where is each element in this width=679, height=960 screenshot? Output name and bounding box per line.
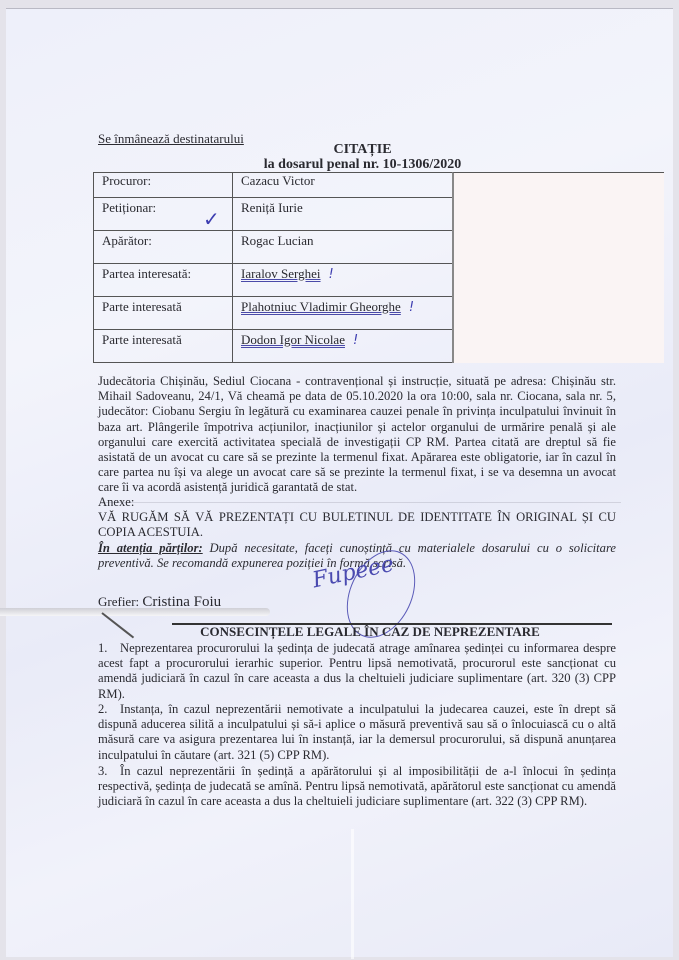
checkmark-icon: ✓ (203, 207, 220, 231)
consequence-item: 2.Instanța, în cazul neprezentării nemot… (98, 702, 616, 763)
table-row: Parte interesată Plahotniuc Vladimir Ghe… (94, 297, 453, 330)
id-request: VĂ RUGĂM SĂ VĂ PREZENTAȚI CU BULETINUL D… (98, 510, 616, 540)
document-title: CITAȚIE (23, 142, 679, 158)
case-number: la dosarul penal nr. 10-1306/2020 (23, 157, 679, 173)
party-role: Apărător: (94, 231, 233, 264)
party-role: Parte interesată (94, 330, 233, 363)
table-row: Apărător: Rogac Lucian (94, 231, 453, 264)
party-name: Iaralov Serghei! (233, 264, 453, 297)
party-role: Procuror: (94, 173, 233, 198)
party-name: Plahotniuc Vladimir Gheorghe! (233, 297, 453, 330)
party-name: Dodon Igor Nicolae! (233, 330, 453, 363)
party-role: Parte interesată (94, 297, 233, 330)
parties-table: Procuror: Cazacu Victor Petiționar: Reni… (93, 172, 453, 363)
exclamation-mark-icon: ! (409, 300, 414, 315)
consequence-item: 3.În cazul neprezentării în ședință a ap… (98, 764, 616, 810)
table-row: Partea interesată: Iaralov Serghei! (94, 264, 453, 297)
paper-fold (351, 829, 354, 959)
attention-lead: În atenția părților: (98, 541, 203, 555)
party-name: Rogac Lucian (233, 231, 453, 264)
party-name: Reniță Iurie (233, 198, 453, 231)
clerk-name: Cristina Foiu (142, 594, 221, 610)
party-role: Partea interesată: (94, 264, 233, 297)
party-name: Cazacu Victor (233, 173, 453, 198)
table-row: Parte interesată Dodon Igor Nicolae! (94, 330, 453, 363)
redacted-area (452, 172, 664, 363)
annex-label: Anexe: (98, 495, 616, 510)
consequences-title: CONSECINȚELE LEGALE ÎN CAZ DE NEPREZENTA… (170, 624, 570, 640)
table-row: Petiționar: Reniță Iurie (94, 198, 453, 231)
exclamation-mark-icon: ! (329, 267, 334, 282)
clerk-line: Grefier: Cristina Foiu (98, 594, 221, 611)
consequence-item: 1.Neprezentarea procurorului la ședința … (98, 641, 616, 702)
exclamation-mark-icon: ! (353, 333, 358, 348)
summons-text: Judecătoria Chișinău, Sediul Ciocana - c… (98, 374, 616, 496)
table-row: Procuror: Cazacu Victor (94, 173, 453, 198)
